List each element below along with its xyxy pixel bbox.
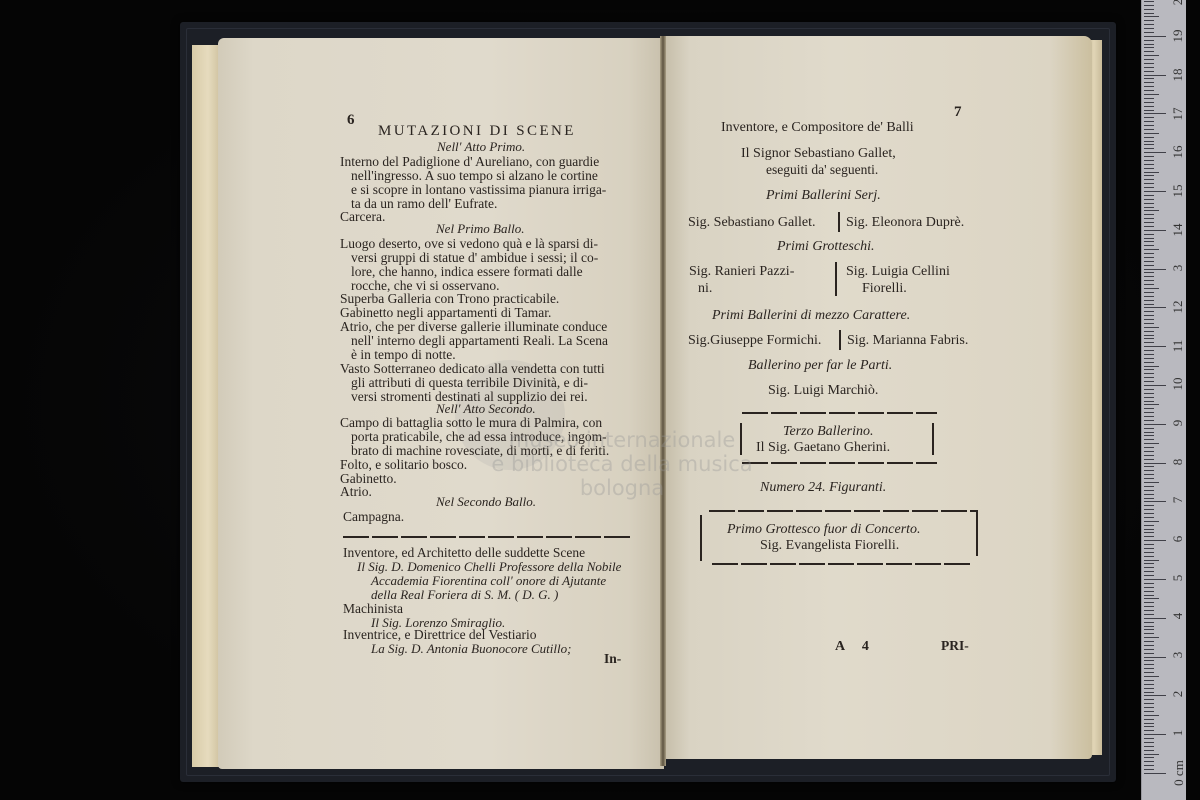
box-rule-top xyxy=(742,412,937,414)
ruler-tick xyxy=(1144,672,1154,673)
ruler-tick xyxy=(1144,373,1154,374)
ruler-tick xyxy=(1144,660,1154,661)
ruler-tick xyxy=(1144,754,1159,755)
ruler-tick xyxy=(1144,222,1154,223)
ruler-label: 19 xyxy=(1170,26,1186,46)
ruler-tick xyxy=(1144,525,1154,526)
ruler-tick xyxy=(1144,71,1154,72)
ruler-tick xyxy=(1144,40,1154,41)
ruler-tick xyxy=(1144,517,1154,518)
ruler-tick xyxy=(1144,765,1154,766)
text-line: nell' interno degli appartamenti Reali. … xyxy=(351,334,608,348)
ruler-tick xyxy=(1144,657,1166,658)
ruler-tick xyxy=(1144,327,1159,328)
ruler-tick xyxy=(1144,482,1159,483)
ruler-tick xyxy=(1144,67,1154,68)
ruler-tick xyxy=(1144,350,1154,351)
ruler-tick xyxy=(1144,78,1154,79)
ruler-tick xyxy=(1144,342,1154,343)
text-line: Campagna. xyxy=(343,510,404,524)
ruler-tick xyxy=(1144,509,1154,510)
text-line: Superba Galleria con Trono practicabile. xyxy=(340,292,559,306)
ruler-tick xyxy=(1144,668,1154,669)
subheading: Nel Primo Ballo. xyxy=(436,222,524,235)
page-heading-right: Inventore, e Compositore de' Balli xyxy=(721,121,914,135)
dancer-name: Sig.Giuseppe Formichi. xyxy=(688,334,821,348)
ruler-tick xyxy=(1144,695,1166,696)
ruler-tick xyxy=(1144,28,1154,29)
ruler-tick xyxy=(1144,226,1154,227)
credit-role: Machinista xyxy=(343,602,403,616)
ruler-tick xyxy=(1144,567,1154,568)
page-number-left: 6 xyxy=(347,113,355,128)
ruler-tick xyxy=(1144,463,1166,464)
ruler-label: 17 xyxy=(1170,104,1186,124)
ruler-label: 10 xyxy=(1170,374,1186,394)
ruler-tick xyxy=(1144,684,1154,685)
ruler-tick xyxy=(1144,536,1154,537)
ruler-tick xyxy=(1144,152,1166,153)
group-title: Primi Ballerini Serj. xyxy=(766,189,881,203)
text-line: Gabinetto negli appartamenti di Tamar. xyxy=(340,306,551,320)
ruler-tick xyxy=(1144,187,1154,188)
ruler-tick xyxy=(1144,47,1154,48)
ruler-tick xyxy=(1144,59,1154,60)
ruler-tick xyxy=(1144,591,1154,592)
ruler-tick xyxy=(1144,389,1154,390)
ruler-tick xyxy=(1144,505,1154,506)
ruler-tick xyxy=(1144,404,1159,405)
ruler-tick xyxy=(1144,455,1154,456)
ruler-tick xyxy=(1144,618,1166,619)
ruler-label: 14 xyxy=(1170,220,1186,240)
ruler-tick xyxy=(1144,629,1154,630)
dancer-name: Sig. Ranieri Pazzi- xyxy=(689,265,794,279)
ruler-tick xyxy=(1144,579,1166,580)
page-heading-left: MUTAZIONI DI SCENE xyxy=(378,124,576,139)
ruler-tick xyxy=(1144,719,1154,720)
figuranti-count: Numero 24. Figuranti. xyxy=(760,481,886,495)
ruler-tick xyxy=(1144,20,1154,21)
ruler-tick xyxy=(1144,272,1154,273)
ruler-tick xyxy=(1144,13,1154,14)
ruler-tick xyxy=(1144,412,1154,413)
ruler-tick xyxy=(1144,459,1154,460)
ruler-tick xyxy=(1144,451,1154,452)
ruler-tick xyxy=(1144,688,1154,689)
ruler-tick xyxy=(1144,676,1159,677)
book-gutter xyxy=(660,36,666,766)
ruler-tick xyxy=(1144,474,1154,475)
ruler-tick xyxy=(1144,280,1154,281)
ruler-tick xyxy=(1144,490,1154,491)
ruler-tick xyxy=(1144,757,1154,758)
ruler-tick xyxy=(1144,420,1154,421)
ruler-tick xyxy=(1144,711,1154,712)
box-name: Sig. Evangelista Fiorelli. xyxy=(760,539,899,553)
ruler-tick xyxy=(1144,276,1154,277)
ruler-tick xyxy=(1144,560,1159,561)
text-line: lore, che hanno, indica essere formati d… xyxy=(351,265,583,279)
ruler-tick xyxy=(1144,486,1154,487)
text-line: e si scopre in lontano vastissima pianur… xyxy=(351,183,606,197)
ruler-tick xyxy=(1144,362,1154,363)
ruler-label: 8 xyxy=(1170,452,1186,472)
ruler-tick xyxy=(1144,626,1154,627)
ruler-tick xyxy=(1144,210,1159,211)
ruler-tick xyxy=(1144,598,1159,599)
ruler-tick xyxy=(1144,296,1154,297)
ruler-tick xyxy=(1144,172,1159,173)
ruler-tick xyxy=(1144,51,1154,52)
credit-role: Inventrice, e Direttrice del Vestiario xyxy=(343,628,537,642)
ruler-tick xyxy=(1144,199,1154,200)
ruler-tick xyxy=(1144,82,1154,83)
ruler-tick xyxy=(1144,470,1154,471)
ruler-tick xyxy=(1144,307,1166,308)
ruler-tick xyxy=(1144,175,1154,176)
box-name: Il Sig. Gaetano Gherini. xyxy=(756,441,890,455)
ruler-tick xyxy=(1144,156,1154,157)
ruler-tick xyxy=(1144,773,1166,774)
subheading: Nell' Atto Primo. xyxy=(437,140,525,153)
ruler-tick xyxy=(1144,253,1154,254)
ruler-tick xyxy=(1144,102,1154,103)
ruler-tick xyxy=(1144,234,1154,235)
ruler-tick xyxy=(1144,563,1154,564)
dancer-name: Fiorelli. xyxy=(862,282,907,296)
ruler-tick xyxy=(1144,90,1154,91)
ruler-tick xyxy=(1144,734,1166,735)
ruler-tick xyxy=(1144,160,1154,161)
credit-name: della Real Foriera di S. M. ( D. G. ) xyxy=(371,588,558,601)
watermark-line: e biblioteca della musica xyxy=(472,452,772,476)
ruler-tick xyxy=(1144,335,1154,336)
ruler-label: 12 xyxy=(1170,297,1186,317)
ruler-tick xyxy=(1144,98,1154,99)
page-number-right: 7 xyxy=(954,105,962,120)
ruler-tick xyxy=(1144,55,1159,56)
ruler-tick xyxy=(1144,556,1154,557)
ruler-tick xyxy=(1144,323,1154,324)
ruler-tick xyxy=(1144,86,1154,87)
ruler-tick xyxy=(1144,501,1166,502)
ruler-tick xyxy=(1144,385,1166,386)
ruler-tick xyxy=(1144,692,1154,693)
ruler-tick xyxy=(1144,653,1154,654)
ruler-tick xyxy=(1144,241,1154,242)
ruler-tick xyxy=(1144,750,1154,751)
ruler-tick xyxy=(1144,94,1159,95)
ruler-tick xyxy=(1144,141,1154,142)
ruler-tick xyxy=(1144,761,1154,762)
ruler-tick xyxy=(1144,466,1154,467)
box-rule-top xyxy=(709,510,977,512)
ruler-tick xyxy=(1144,148,1154,149)
group-title: Primi Grotteschi. xyxy=(777,240,874,254)
ruler-tick xyxy=(1144,540,1166,541)
text-line: versi gruppi di statue d' ambidue i sess… xyxy=(351,251,598,265)
ruler-tick xyxy=(1144,24,1154,25)
ruler-tick xyxy=(1144,435,1154,436)
text-line: Folto, e solitario bosco. xyxy=(340,458,467,472)
box-border-left xyxy=(700,515,702,561)
ruler-tick xyxy=(1144,513,1154,514)
ruler-label: 2 xyxy=(1170,684,1186,704)
ruler-tick xyxy=(1144,769,1154,770)
ruler-tick xyxy=(1144,738,1154,739)
ruler-tick xyxy=(1144,144,1154,145)
ruler-tick xyxy=(1144,261,1154,262)
credit-role: Inventore, ed Architetto delle suddette … xyxy=(343,546,585,560)
ruler-tick xyxy=(1144,319,1154,320)
ruler-tick xyxy=(1144,424,1166,425)
ruler-tick xyxy=(1144,292,1154,293)
ruler-tick xyxy=(1144,63,1154,64)
text-line: Luogo deserto, ove si vedono quà e là sp… xyxy=(340,237,598,251)
ruler-tick xyxy=(1144,393,1154,394)
ruler-tick xyxy=(1144,432,1154,433)
dancer-name: Sig. Luigi Marchiò. xyxy=(768,384,878,398)
ruler-tick xyxy=(1144,595,1154,596)
ruler-tick xyxy=(1144,478,1154,479)
ruler-tick xyxy=(1144,571,1154,572)
ruler-tick xyxy=(1144,447,1154,448)
ruler-tick xyxy=(1144,238,1154,239)
ruler-tick xyxy=(1144,117,1154,118)
ruler-tick xyxy=(1144,498,1154,499)
ruler-tick xyxy=(1144,346,1166,347)
ruler-tick xyxy=(1144,707,1154,708)
ruler-label: 11 xyxy=(1170,336,1186,356)
dancer-name: Sig. Marianna Fabris. xyxy=(847,334,968,348)
column-separator xyxy=(839,330,841,350)
ruler-tick xyxy=(1144,401,1154,402)
ruler-unit-label: 0 cm xyxy=(1171,758,1187,788)
watermark-line: bologna xyxy=(472,476,772,500)
ruler-label: 4 xyxy=(1170,606,1186,626)
ruler-tick xyxy=(1144,703,1154,704)
ruler-tick xyxy=(1144,358,1154,359)
ruler-tick xyxy=(1144,664,1154,665)
ruler-tick xyxy=(1144,699,1154,700)
text-line: nell'ingresso. A suo tempo si alzano le … xyxy=(351,169,598,183)
ruler-tick xyxy=(1144,1,1154,2)
credit-name: La Sig. D. Antonia Buonocore Cutillo; xyxy=(371,642,571,655)
ruler-tick xyxy=(1144,548,1154,549)
column-separator xyxy=(835,262,837,296)
measurement-ruler: 0 cm 1 2 3 4 5 6 7 8 9 10 11 12 3 14 15 … xyxy=(1141,0,1186,800)
dancer-name: Sig. Eleonora Duprè. xyxy=(846,216,964,230)
group-title: Ballerino per far le Parti. xyxy=(748,359,892,373)
box-border-right xyxy=(932,423,934,455)
ruler-tick xyxy=(1144,723,1154,724)
ruler-tick xyxy=(1144,125,1154,126)
ruler-tick xyxy=(1144,36,1166,37)
ruler-tick xyxy=(1144,397,1154,398)
ruler-label: 3 xyxy=(1170,645,1186,665)
ruler-tick xyxy=(1144,191,1166,192)
ruler-tick xyxy=(1144,269,1166,270)
ruler-tick xyxy=(1144,529,1154,530)
ruler-tick xyxy=(1144,113,1166,114)
dancer-name: Sig. Sebastiano Gallet. xyxy=(688,216,816,230)
text-line: Atrio. xyxy=(340,485,372,499)
ruler-tick xyxy=(1144,439,1154,440)
ruler-label: 7 xyxy=(1170,490,1186,510)
ruler-tick xyxy=(1144,354,1154,355)
ruler-tick xyxy=(1144,44,1154,45)
ruler-tick xyxy=(1144,338,1154,339)
ruler-tick xyxy=(1144,408,1154,409)
ruler-tick xyxy=(1144,304,1154,305)
ruler-tick xyxy=(1144,637,1159,638)
ruler-tick xyxy=(1144,300,1154,301)
ruler-tick xyxy=(1144,726,1154,727)
performed-by: eseguiti da' seguenti. xyxy=(766,163,878,177)
ruler-tick xyxy=(1144,183,1154,184)
ruler-label: 5 xyxy=(1170,568,1186,588)
text-line: è in tempo di notte. xyxy=(351,348,456,362)
signature-mark: A 4 xyxy=(835,640,869,654)
ruler-tick xyxy=(1144,606,1154,607)
ruler-tick xyxy=(1144,137,1154,138)
ruler-tick xyxy=(1144,680,1154,681)
ruler-label: 1 xyxy=(1170,723,1186,743)
ruler-tick xyxy=(1144,214,1154,215)
ruler-tick xyxy=(1144,715,1159,716)
watermark: museo internazionale e biblioteca della … xyxy=(472,428,772,500)
ruler-tick xyxy=(1144,614,1154,615)
ruler-tick xyxy=(1144,265,1154,266)
ruler-label: 9 xyxy=(1170,413,1186,433)
ruler-tick xyxy=(1144,164,1154,165)
credit-name: Accademia Fiorentina coll' onore di Ajut… xyxy=(371,574,606,587)
ruler-tick xyxy=(1144,575,1154,576)
ruler-label: 6 xyxy=(1170,529,1186,549)
ruler-tick xyxy=(1144,610,1154,611)
text-line: Atrio, che per diverse gallerie illumina… xyxy=(340,320,607,334)
dancer-name: Sig. Luigia Cellini xyxy=(846,265,950,279)
ruler-tick xyxy=(1144,75,1166,76)
ruler-tick xyxy=(1144,552,1154,553)
text-line: gli attributi di questa terribile Divini… xyxy=(351,376,588,390)
ruler-tick xyxy=(1144,746,1154,747)
text-line: Carcera. xyxy=(340,210,385,224)
ruler-tick xyxy=(1144,583,1154,584)
ruler-label: 2 xyxy=(1170,0,1186,12)
ruler-tick xyxy=(1144,9,1154,10)
ruler-tick xyxy=(1144,742,1154,743)
ruler-tick xyxy=(1144,645,1154,646)
text-line: Vasto Sotterraneo dedicato alla vendetta… xyxy=(340,362,605,376)
ruler-label: 3 xyxy=(1170,258,1186,278)
ruler-tick xyxy=(1144,207,1154,208)
subheading: Nell' Atto Secondo. xyxy=(436,402,536,415)
ruler-tick xyxy=(1144,641,1154,642)
ruler-tick xyxy=(1144,494,1154,495)
ruler-tick xyxy=(1144,110,1154,111)
ruler-tick xyxy=(1144,129,1154,130)
ruler-tick xyxy=(1144,288,1159,289)
column-separator xyxy=(838,212,840,232)
ruler-tick xyxy=(1144,730,1154,731)
box-border-right xyxy=(976,510,978,556)
ruler-tick xyxy=(1144,381,1154,382)
ruler-tick xyxy=(1144,16,1159,17)
text-line: Interno del Padiglione d' Aureliano, con… xyxy=(340,155,599,169)
divider-rule xyxy=(343,536,631,538)
ruler-tick xyxy=(1144,428,1154,429)
watermark-line: museo internazionale xyxy=(472,428,772,452)
ruler-label: 16 xyxy=(1170,142,1186,162)
ruler-tick xyxy=(1144,203,1154,204)
ruler-tick xyxy=(1144,633,1154,634)
composer-name: Il Signor Sebastiano Gallet, xyxy=(741,147,896,161)
ruler-tick xyxy=(1144,32,1154,33)
ruler-tick xyxy=(1144,443,1159,444)
ruler-tick xyxy=(1144,366,1159,367)
ruler-tick xyxy=(1144,133,1159,134)
box-title: Primo Grottesco fuor di Concerto. xyxy=(727,523,921,537)
ruler-tick xyxy=(1144,195,1154,196)
ruler-tick xyxy=(1144,315,1154,316)
ruler-tick xyxy=(1144,106,1154,107)
ruler-tick xyxy=(1144,331,1154,332)
ruler-tick xyxy=(1144,168,1154,169)
ruler-tick xyxy=(1144,649,1154,650)
ruler-tick xyxy=(1144,416,1154,417)
ruler-tick xyxy=(1144,587,1154,588)
ruler-tick xyxy=(1144,284,1154,285)
catchword-left: In- xyxy=(604,652,621,666)
box-rule-bottom xyxy=(712,563,970,565)
ruler-tick xyxy=(1144,602,1154,603)
ruler-tick xyxy=(1144,377,1154,378)
ruler-tick xyxy=(1144,544,1154,545)
ruler-tick xyxy=(1144,532,1154,533)
ruler-tick xyxy=(1144,249,1159,250)
ruler-tick xyxy=(1144,5,1154,6)
ruler-tick xyxy=(1144,521,1159,522)
ruler-tick xyxy=(1144,622,1154,623)
ruler-tick xyxy=(1144,230,1166,231)
ruler-tick xyxy=(1144,369,1154,370)
ruler-tick xyxy=(1144,311,1154,312)
ruler-tick xyxy=(1144,121,1154,122)
dancer-name: ni. xyxy=(698,282,712,296)
credit-name: Il Sig. D. Domenico Chelli Professore de… xyxy=(357,560,621,573)
ruler-label: 18 xyxy=(1170,65,1186,85)
catchword-right: PRI- xyxy=(941,639,969,653)
ruler-label: 15 xyxy=(1170,181,1186,201)
ruler-tick xyxy=(1144,257,1154,258)
ruler-tick xyxy=(1144,218,1154,219)
ruler-tick xyxy=(1144,179,1154,180)
ruler-tick xyxy=(1144,245,1154,246)
group-title: Primi Ballerini di mezzo Carattere. xyxy=(712,309,910,323)
box-title: Terzo Ballerino. xyxy=(783,425,874,439)
